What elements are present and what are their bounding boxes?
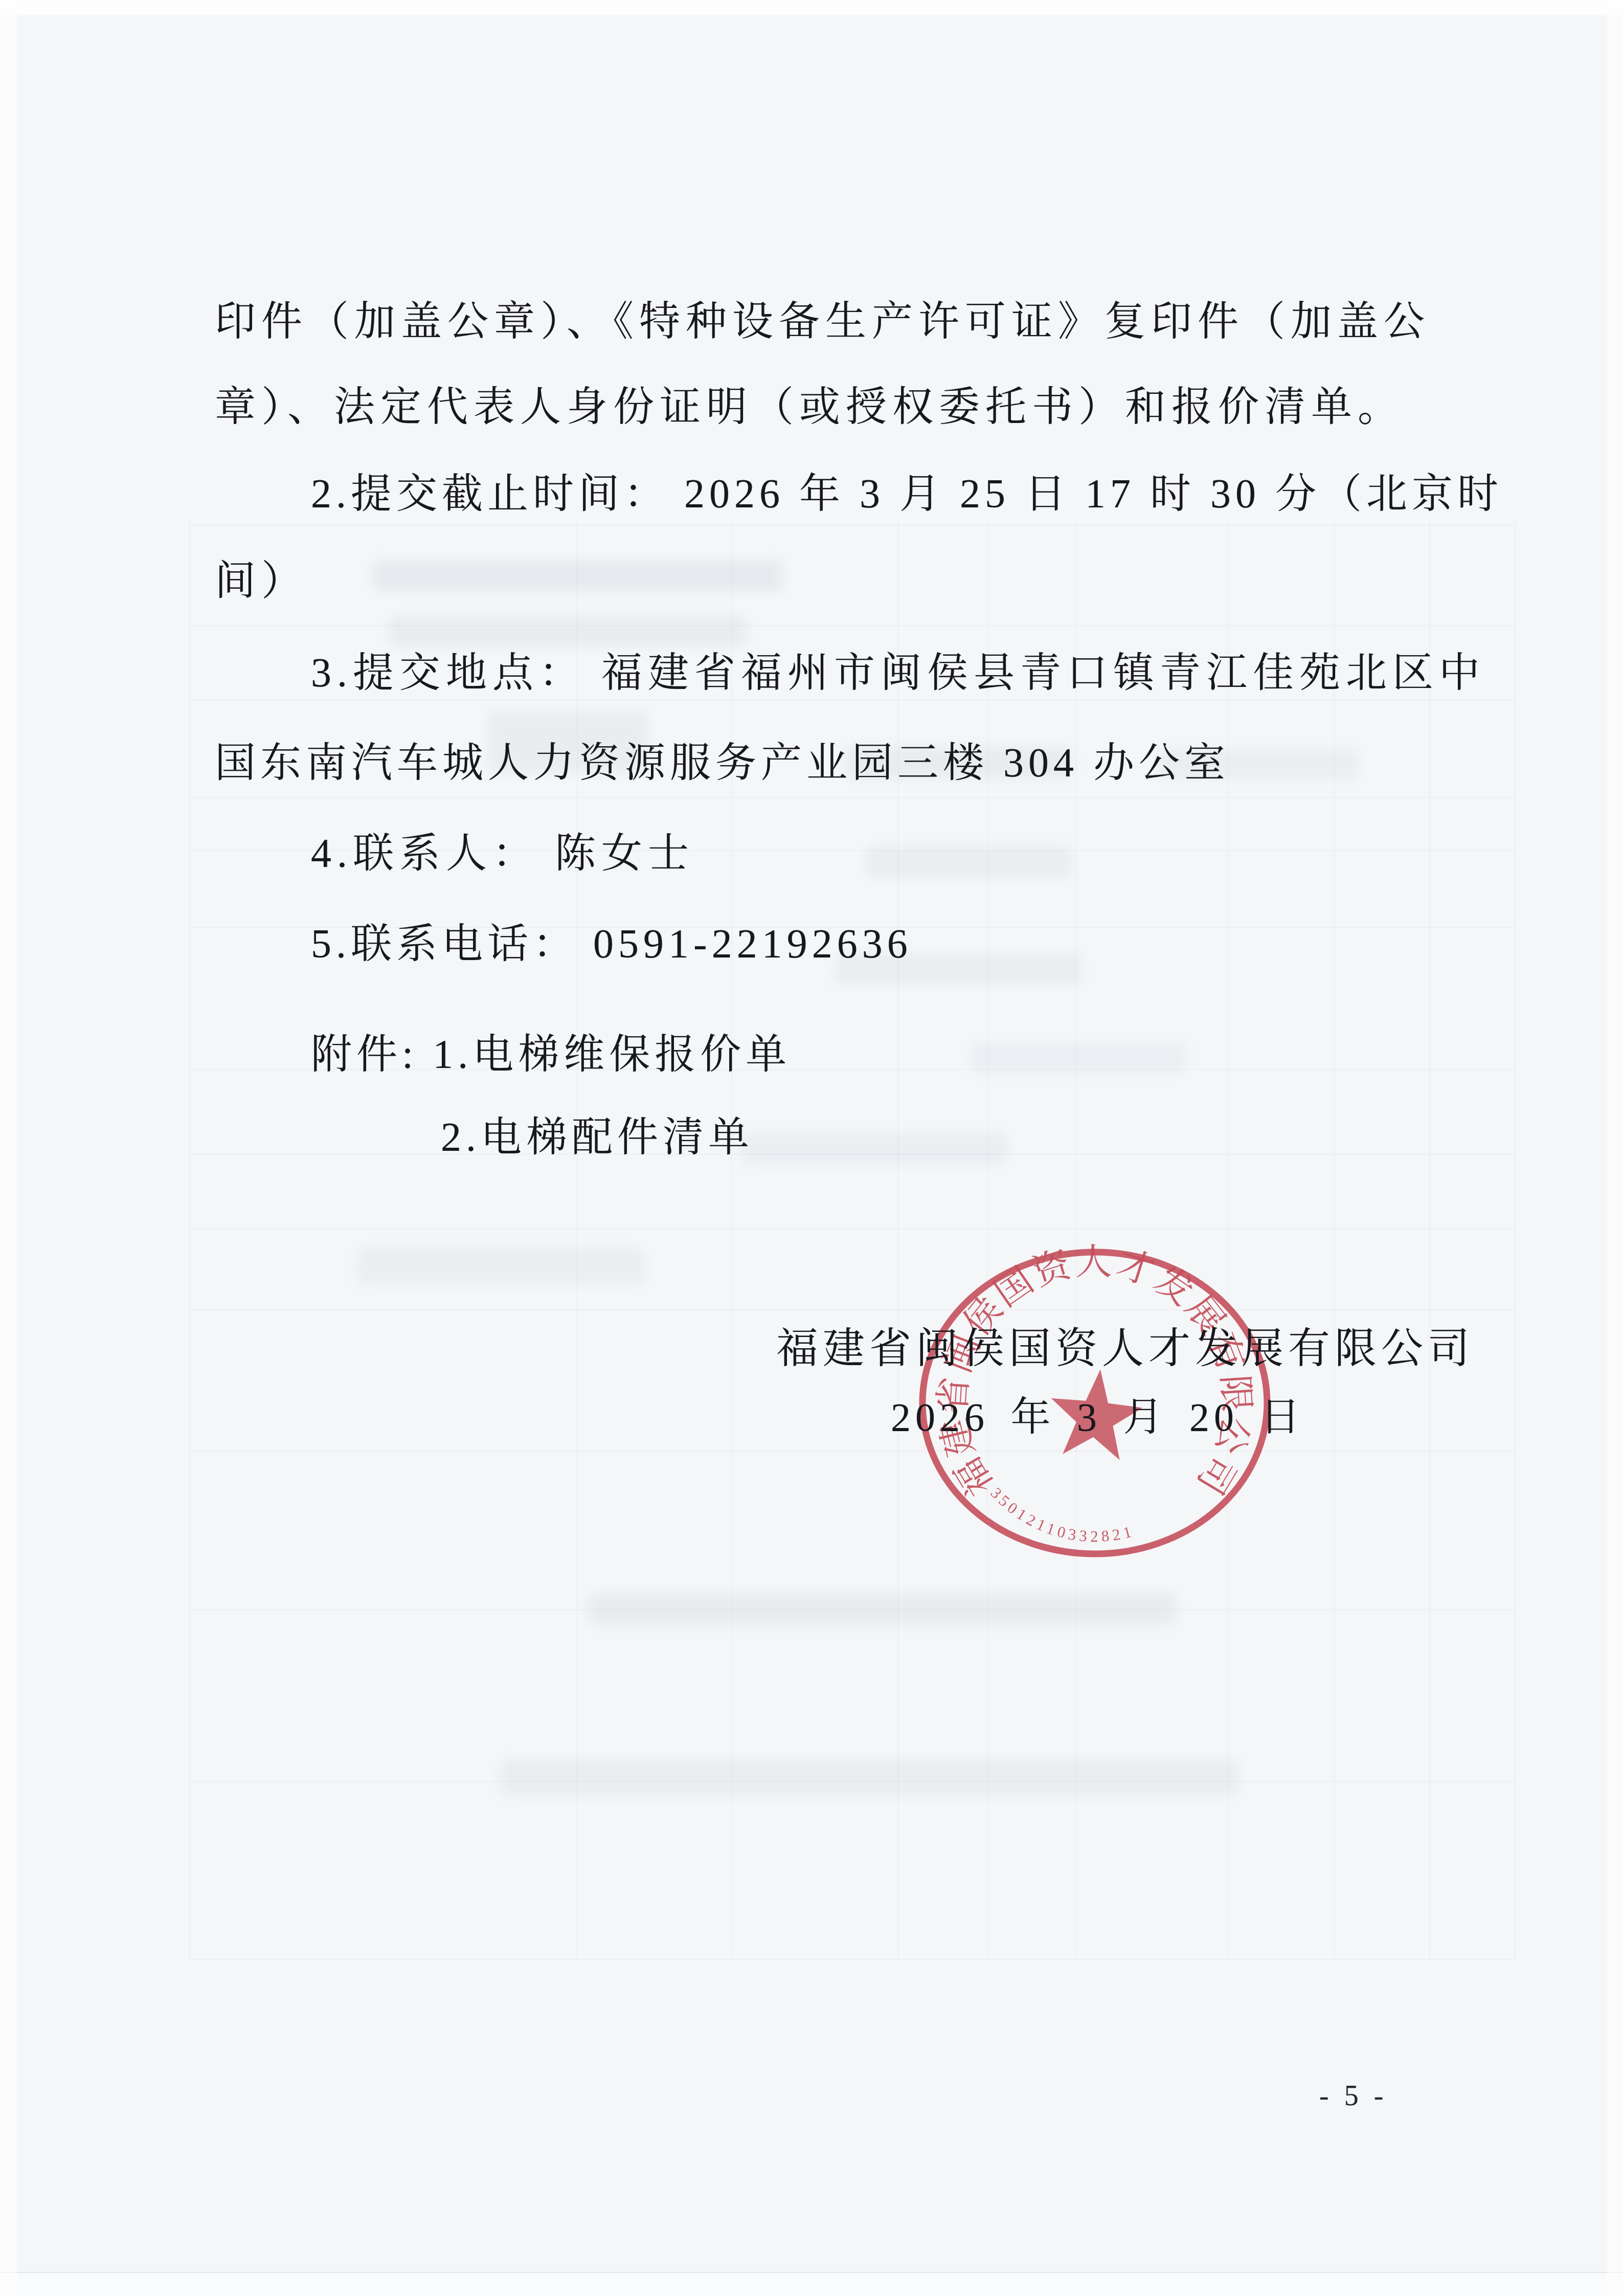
body-line: 章）、法定代表人身份证明（或授权委托书）和报价清单。 xyxy=(215,385,1404,430)
attachment-line: 附件: 1.电梯维保报价单 xyxy=(311,1032,791,1077)
bleed-through-smudge xyxy=(867,846,1071,877)
body-line-address: 3.提交地点： 福建省福州市闽侯县青口镇青江佳苑北区中 xyxy=(311,651,1485,696)
scanned-document-page: 福建省闽侯国资人才发展有限公司 35012110332821 印件（加盖公章）、… xyxy=(0,0,1623,2296)
body-line-address: 国东南汽车城人力资源服务产业园三楼 304 办公室 xyxy=(215,741,1230,786)
attachment-line: 2.电梯配件清单 xyxy=(441,1115,754,1160)
bleed-through-smudge xyxy=(972,1043,1186,1073)
body-line-deadline: 2.提交截止时间： 2026 年 3 月 25 日 17 时 30 分（北京时 xyxy=(311,472,1503,517)
page-number: - 5 - xyxy=(1319,2081,1387,2112)
bleed-through-smudge xyxy=(741,1133,1007,1164)
body-line-contact: 4.联系人： 陈女士 xyxy=(311,831,694,876)
body-line-phone: 5.联系电话： 0591-22192636 xyxy=(311,922,912,967)
body-line: 印件（加盖公章）、《特种设备生产许可证》复印件（加盖公 xyxy=(215,299,1430,344)
bleed-through-smudge xyxy=(358,1248,644,1284)
bleed-through-smudge xyxy=(373,560,782,591)
signature-company: 福建省闽侯国资人才发展有限公司 xyxy=(776,1326,1474,1372)
bleed-through-smudge xyxy=(588,1593,1176,1625)
signature-date: 2026 年 3 月 20 日 xyxy=(891,1395,1305,1439)
bleed-through-smudge xyxy=(501,1759,1237,1795)
body-line: 间） xyxy=(215,559,308,604)
bleed-through-smudge xyxy=(389,616,747,646)
